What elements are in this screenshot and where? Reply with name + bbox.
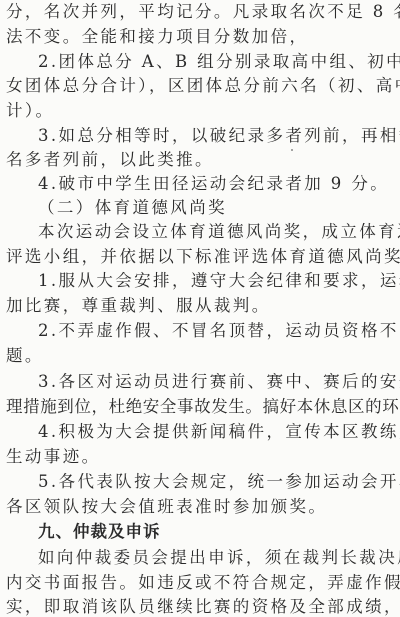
text-line: 理措施到位，杜绝安全事故发生。搞好本休息区的环境卫生。 <box>6 397 396 419</box>
text-line: 评选小组，并依据以下标准评选体育道德风尚奖单位。 <box>6 247 396 269</box>
text-line: 各区领队按大会值班表准时参加颁奖。 <box>6 497 396 519</box>
text-line: 4.积极为大会提供新闻稿件，宣传本区教练员、运动员 <box>38 422 396 444</box>
text-line: 名多者列前，以此类推。 <box>6 150 396 172</box>
text-line: 法不变。全能和接力项目分数加倍， <box>6 27 396 49</box>
section-heading: 九、仲裁及申诉 <box>38 522 396 544</box>
text-line: 分，名次并列，平均记分。凡录取名次不足 8 名时，记分办 <box>6 2 396 24</box>
document-page: 分，名次并列，平均记分。凡录取名次不足 8 名时，记分办 法不变。全能和接力项目… <box>0 0 400 617</box>
text-line: 3.各区对运动员进行赛前、赛中、赛后的安全教育，管 <box>38 372 396 394</box>
section-heading: （二）体育道德风尚奖 <box>38 198 396 220</box>
text-line: 加比赛，尊重裁判、服从裁判。 <box>6 296 396 318</box>
text-line: 3.如总分相等时，以破纪录多者列前，再相等则以第一 <box>38 126 396 148</box>
text-line: 生动事迹。 <box>6 447 396 469</box>
text-line: 题。 <box>6 346 396 368</box>
text-line: 5.各代表队按大会规定，统一参加运动会开、闭幕式。 <box>38 472 396 494</box>
text-line: 本次运动会设立体育道德风尚奖，成立体育道德风尚奖 <box>38 222 396 244</box>
text-line: 女团体总分合计），区团体总分前六名（初、高中组总分合 <box>6 76 396 98</box>
text-line: 实，即取消该队员继续比赛的资格及全部成绩，同时该队员 <box>6 597 396 617</box>
text-line: 4.破市中学生田径运动会纪录者加 9 分。 <box>38 174 396 196</box>
text-line: 如向仲裁委员会提出申诉，须在裁判长裁决后 30 分钟 <box>38 548 396 570</box>
text-line: 计）。 <box>6 101 396 123</box>
text-line: 内交书面报告。如违反或不符合规定，弄虚作假者，一经查 <box>6 573 396 595</box>
text-line: 2.团体总分 A、B 组分别录取高中组、初中组前六名（男、 <box>38 52 396 74</box>
text-line: 2.不弄虚作假、不冒名顶替，运动员资格不出现任何问 <box>38 321 396 343</box>
text-line: 1.服从大会安排，遵守大会纪律和要求，运动员按时参 <box>38 271 396 293</box>
